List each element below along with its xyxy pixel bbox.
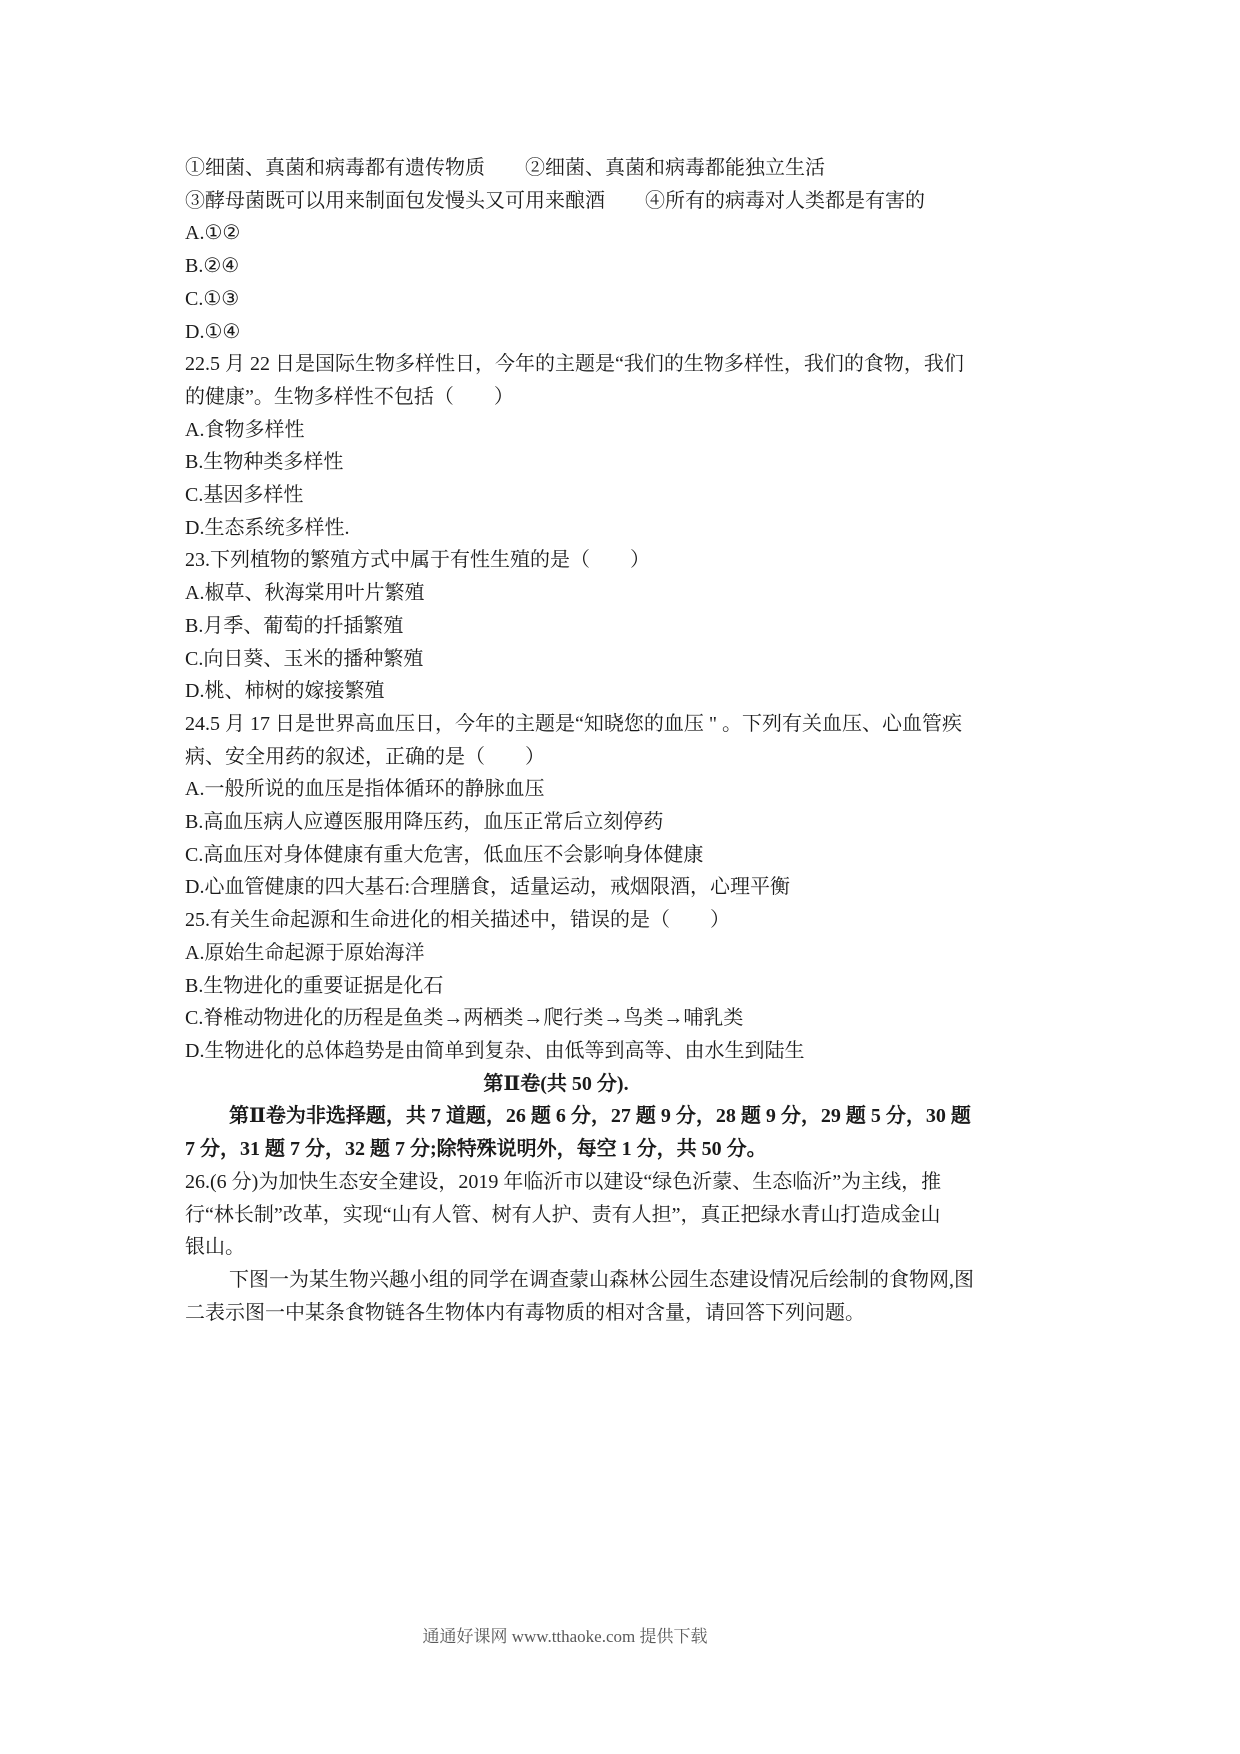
q24-stem-line-1: 24.5 月 17 日是世界高血压日，今年的主题是“知晓您的血压 " 。下列有关… [185, 708, 1077, 741]
q25-option-c: C.脊椎动物进化的历程是鱼类→两栖类→爬行类→鸟类→哺乳类 [185, 1002, 1077, 1035]
q22-stem-line-1: 22.5 月 22 日是国际生物多样性日，今年的主题是“我们的生物多样性，我们的… [185, 348, 1077, 381]
q24-option-a: A.一般所说的血压是指体循环的静脉血压 [185, 773, 1077, 806]
q24-stem-line-2: 病、安全用药的叙述，正确的是（ ） [185, 741, 1077, 774]
q22-stem-line-2: 的健康”。生物多样性不包括（ ） [185, 381, 1077, 414]
q24-option-b: B.高血压病人应遵医服用降压药，血压正常后立刻停药 [185, 806, 1077, 839]
q23-option-d: D.桃、柿树的嫁接繁殖 [185, 675, 1077, 708]
q26-stem-line-2: 行“林长制”改革，实现“山有人管、树有人护、责有人担”，真正把绿水青山打造成金山 [185, 1199, 1077, 1232]
section-2-instructions-line-2: 7 分，31 题 7 分，32 题 7 分;除特殊说明外，每空 1 分，共 50… [185, 1133, 1077, 1166]
q23-option-b: B.月季、葡萄的扦插繁殖 [185, 610, 1077, 643]
q23-option-c: C.向日葵、玉米的播种繁殖 [185, 643, 1077, 676]
q22-option-d: D.生态系统多样性. [185, 512, 1077, 545]
q22-option-c: C.基因多样性 [185, 479, 1077, 512]
q26-stem-line-5: 二表示图一中某条食物链各生物体内有毒物质的相对含量，请回答下列问题。 [185, 1297, 1077, 1330]
q26-stem-line-4: 下图一为某生物兴趣小组的同学在调查蒙山森林公园生态建设情况后绘制的食物网,图 [185, 1264, 1077, 1297]
q25-stem: 25.有关生命起源和生命进化的相关描述中，错误的是（ ） [185, 904, 1077, 937]
q22-option-a: A.食物多样性 [185, 414, 1077, 447]
q25-option-b: B.生物进化的重要证据是化石 [185, 970, 1077, 1003]
section-2-heading: 第Ⅱ卷(共 50 分). [185, 1068, 927, 1101]
q23-option-a: A.椒草、秋海棠用叶片繁殖 [185, 577, 1077, 610]
exam-paper-page: ①细菌、真菌和病毒都有遗传物质 ②细菌、真菌和病毒都能独立生活 ③酵母菌既可以用… [0, 0, 1240, 1754]
section-2-instructions-line-1: 第Ⅱ卷为非选择题，共 7 道题，26 题 6 分，27 题 9 分，28 题 9… [185, 1100, 1077, 1133]
q21-statement-items-3-4: ③酵母菌既可以用来制面包发慢头又可用来酿酒 ④所有的病毒对人类都是有害的 [185, 185, 1077, 218]
q21-option-a: A.①② [185, 217, 1077, 250]
q24-option-d: D.心血管健康的四大基石:合理膳食，适量运动，戒烟限酒，心理平衡 [185, 871, 1077, 904]
q24-option-c: C.高血压对身体健康有重大危害，低血压不会影响身体健康 [185, 839, 1077, 872]
q22-option-b: B.生物种类多样性 [185, 446, 1077, 479]
exam-body-text: ①细菌、真菌和病毒都有遗传物质 ②细菌、真菌和病毒都能独立生活 ③酵母菌既可以用… [185, 152, 1077, 1329]
q26-stem-line-1: 26.(6 分)为加快生态安全建设，2019 年临沂市以建设“绿色沂蒙、生态临沂… [185, 1166, 1077, 1199]
q25-option-a: A.原始生命起源于原始海洋 [185, 937, 1077, 970]
q25-option-d: D.生物进化的总体趋势是由简单到复杂、由低等到高等、由水生到陆生 [185, 1035, 1077, 1068]
q21-option-d: D.①④ [185, 316, 1077, 349]
q21-statement-items-1-2: ①细菌、真菌和病毒都有遗传物质 ②细菌、真菌和病毒都能独立生活 [185, 152, 1077, 185]
q23-stem: 23.下列植物的繁殖方式中属于有性生殖的是（ ） [185, 544, 1077, 577]
q26-stem-line-3: 银山。 [185, 1231, 1077, 1264]
footer-watermark: 通通好课网 www.tthaoke.com 提供下载 [0, 1626, 1185, 1648]
q21-option-b: B.②④ [185, 250, 1077, 283]
q21-option-c: C.①③ [185, 283, 1077, 316]
